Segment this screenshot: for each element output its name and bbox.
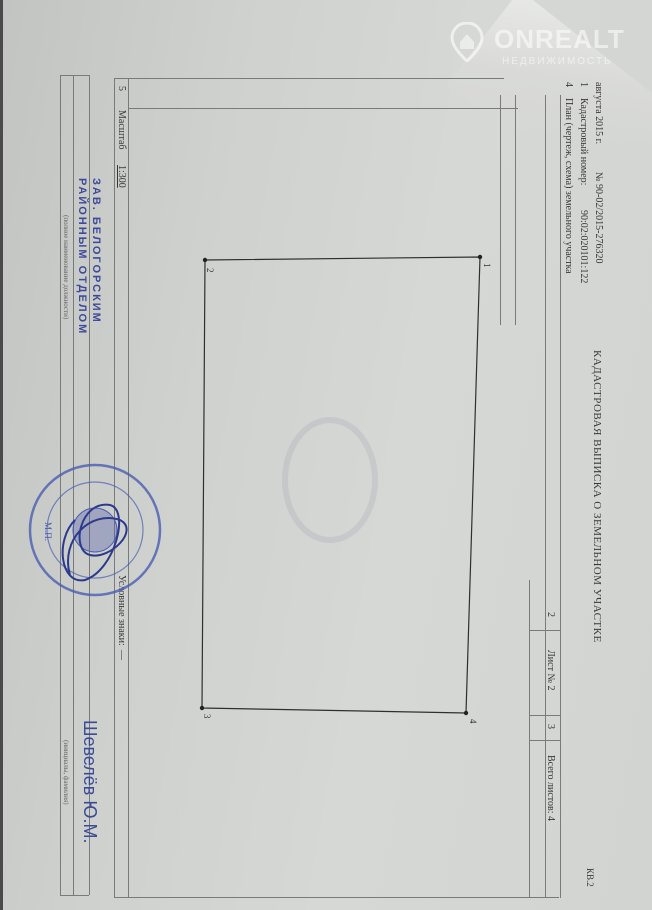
- official-stamp: М.П.: [0, 0, 652, 910]
- stamp-mp-label: М.П.: [43, 522, 53, 541]
